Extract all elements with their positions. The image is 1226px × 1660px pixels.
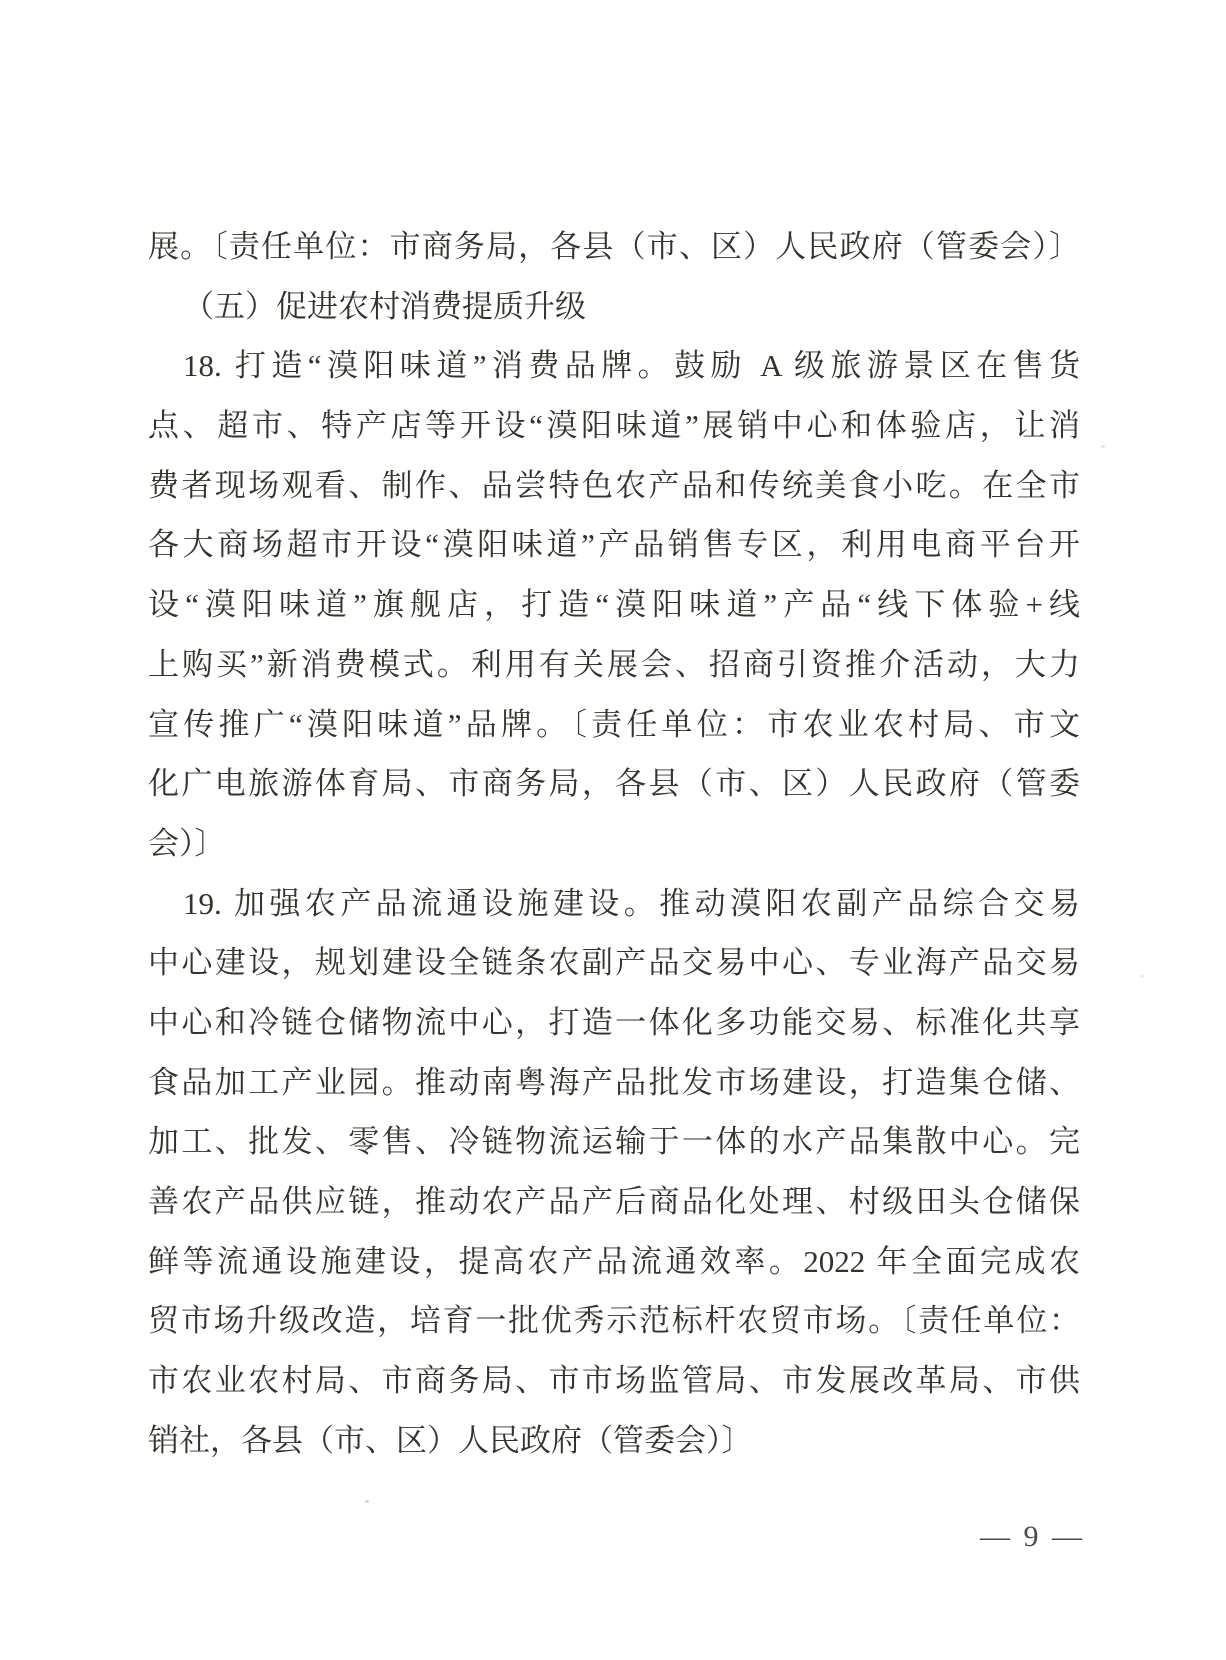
text-line: 18. 打造“漠阳味道”消费品牌。鼓励 A 级旅游景区在售货 <box>148 336 1080 396</box>
text-line: 展。〔责任单位：市商务局，各县（市、区）人民政府（管委会）〕 <box>148 217 1080 277</box>
text-line: 中心建设，规划建设全链条农副产品交易中心、专业海产品交易 <box>148 933 1080 993</box>
scan-speck <box>1140 975 1144 978</box>
text-line: 中心和冷链仓储物流中心，打造一体化多功能交易、标准化共享 <box>148 993 1080 1053</box>
text-line: 各大商场超市开设“漠阳味道”产品销售专区，利用电商平台开 <box>148 515 1080 575</box>
text-line: 鲜等流通设施建设，提高农产品流通效率。2022 年全面完成农 <box>148 1232 1080 1292</box>
text-line: 销社，各县（市、区）人民政府（管委会）〕 <box>148 1411 1080 1471</box>
text-line: 19. 加强农产品流通设施建设。推动漠阳农副产品综合交易 <box>148 874 1080 934</box>
scan-speck <box>365 1500 369 1503</box>
text-line: 贸市场升级改造，培育一批优秀示范标杆农贸市场。〔责任单位： <box>148 1291 1080 1351</box>
text-line: 设“漠阳味道”旗舰店，打造“漠阳味道”产品“线下体验+线 <box>148 575 1080 635</box>
text-line: 上购买”新消费模式。利用有关展会、招商引资推介活动，大力 <box>148 635 1080 695</box>
text-line: 宣传推广“漠阳味道”品牌。〔责任单位：市农业农村局、市文 <box>148 695 1080 755</box>
section-heading: （五）促进农村消费提质升级 <box>148 277 1080 337</box>
text-line: 食品加工产业园。推动南粤海产品批发市场建设，打造集仓储、 <box>148 1053 1080 1113</box>
document-body: 展。〔责任单位：市商务局，各县（市、区）人民政府（管委会）〕 （五）促进农村消费… <box>148 217 1080 1470</box>
text-line: 化广电旅游体育局、市商务局，各县（市、区）人民政府（管委 <box>148 754 1080 814</box>
text-line: 费者现场观看、制作、品尝特色农产品和传统美食小吃。在全市 <box>148 456 1080 516</box>
text-line: 加工、批发、零售、冷链物流运输于一体的水产品集散中心。完 <box>148 1112 1080 1172</box>
text-line: 善农产品供应链，推动农产品产后商品化处理、村级田头仓储保 <box>148 1172 1080 1232</box>
text-line: 点、超市、特产店等开设“漠阳味道”展销中心和体验店，让消 <box>148 396 1080 456</box>
text-line: 市农业农村局、市商务局、市市场监管局、市发展改革局、市供 <box>148 1351 1080 1411</box>
scan-speck <box>1101 445 1105 448</box>
page-number: — 9 — <box>980 1515 1085 1559</box>
text-line: 会）〕 <box>148 814 1080 874</box>
document-page: 展。〔责任单位：市商务局，各县（市、区）人民政府（管委会）〕 （五）促进农村消费… <box>0 0 1226 1660</box>
